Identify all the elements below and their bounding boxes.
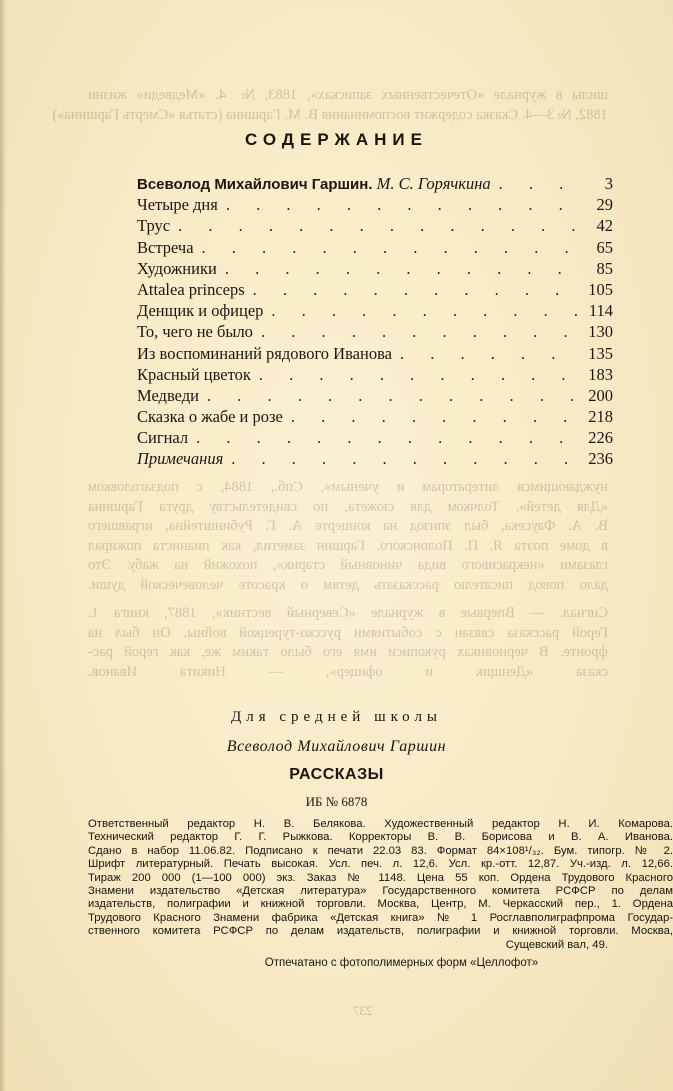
dot-leader [223,448,577,469]
imprint-line: Сдано в набор 11.06.82. Подписано к печа… [88,845,673,858]
toc-entry-page: 85 [577,258,613,279]
toc-entry-title: Из воспоминаний рядового Иванова [137,343,392,364]
toc-entry[interactable]: Встреча 65 [137,237,613,258]
toc-entry-title: Attalea princeps [137,279,245,300]
bleed-through-top: шилы в журнале «Отечественных записках»,… [88,86,608,125]
toc-entry-page: 226 [577,427,613,448]
ib-number: ИБ № 6878 [0,794,673,810]
toc-entry-page: 42 [577,215,613,236]
toc-entry-page: 135 [577,343,613,364]
dot-leader [491,173,577,194]
imprint-line: Ответственный редактор Н. В. Белякова. Х… [88,818,673,831]
toc-entry-page: 65 [577,237,613,258]
dot-leader [251,364,577,385]
bleed-line: в доме поэта Я. П. Полонского. Гаршин за… [88,537,608,557]
bleed-line: Герой рассказа связан с событиями русско… [88,624,608,644]
dot-leader [170,215,577,236]
bleed-through-middle: нуждающимся литераторам и ученым», Спб.,… [88,478,608,595]
dot-leader [188,427,577,448]
table-of-contents: Всеволод Михайлович Гаршин. М. С. Горячк… [137,173,613,470]
toc-entry-title: Встреча [137,237,194,258]
imprint-line: Знамени издательство «Детская литература… [88,885,673,898]
toc-entry-title: Примечания [137,448,223,469]
imprint-line: ственного комитета РСФСР по делам издате… [88,925,673,938]
toc-entry[interactable]: Из воспоминаний рядового Иванова 135 [137,343,613,364]
bleed-line: Сигнал. — Впервые в журнале «Северный ве… [88,604,608,624]
series-label: Для средней школы [0,709,673,726]
bleed-line: шилы в журнале «Отечественных записках»,… [88,86,608,106]
toc-entry[interactable]: Всеволод Михайлович Гаршин. М. С. Горячк… [137,173,613,194]
imprint-line: Сущевский вал, 49. [88,939,608,952]
toc-entry[interactable]: Художники 85 [137,258,613,279]
toc-entry-title: Трус [137,215,170,236]
bleed-line: фронте. В черновиках рукописи имя его бы… [88,643,608,663]
dot-leader [283,406,577,427]
toc-entry-page: 183 [577,364,613,385]
toc-entry-page: 218 [577,406,613,427]
toc-entry-page: 105 [577,279,613,300]
book-author: Всеволод Михайлович Гаршин [0,738,673,756]
bleed-through-lower: Сигнал. — Впервые в журнале «Северный ве… [88,604,608,682]
toc-entry-title: Четыре дня [137,194,218,215]
toc-entry-title: Художники [137,258,217,279]
imprint-line: Трудового Красного Знамени фабрика «Детс… [88,912,673,925]
toc-entry[interactable]: Сигнал 226 [137,427,613,448]
toc-entry-title: То, чего не было [137,321,253,342]
toc-entry-page: 200 [577,385,613,406]
dot-leader [218,194,577,215]
dot-leader [263,300,577,321]
toc-entry-page: 236 [577,448,613,469]
toc-entry-page: 29 [577,194,613,215]
toc-entry-title: Сигнал [137,427,188,448]
toc-entry-title: Всеволод Михайлович Гаршин. М. С. Горячк… [137,173,491,195]
toc-entry-page: 3 [577,173,613,194]
toc-entry[interactable]: Медведи 200 [137,385,613,406]
toc-entry-title: Сказка о жабе и розе [137,406,283,427]
toc-entry[interactable]: Красный цветок 183 [137,364,613,385]
dot-leader [245,279,577,300]
dot-leader [217,258,577,279]
toc-entry[interactable]: Сказка о жабе и розе 218 [137,406,613,427]
dot-leader [392,343,577,364]
toc-entry[interactable]: Денщик и офицер 114 [137,300,613,321]
toc-entry[interactable]: Трус 42 [137,215,613,236]
imprint-block: Ответственный редактор Н. В. Белякова. Х… [88,818,673,952]
toc-entry-title-italic: М. С. Горячкина [377,174,491,193]
bleed-line: глазами «некрасивого вида чиновный стари… [88,556,608,576]
printing-note: Отпечатано с фотополимерных форм «Целлоф… [0,957,673,969]
dot-leader [199,385,577,406]
dot-leader [253,321,577,342]
toc-entry[interactable]: Примечания 236 [137,448,613,469]
imprint-line: Шрифт литературный. Печать высокая. Усл.… [88,858,673,871]
toc-entry-page: 130 [577,321,613,342]
bleed-line: «Для детей». Толчком для сюжета, по свид… [88,498,608,518]
bleed-line: 1882, № 3—4. Сказка содержит воспоминани… [88,106,608,126]
bleed-line: сказа «Денщик и офицер», — Никита Иванов… [88,663,608,683]
toc-entry[interactable]: То, чего не было 130 [137,321,613,342]
imprint-line: Тираж 200 000 (1—100 000) экз. Заказ № 1… [88,872,673,885]
bleed-line: нуждающимся литераторам и ученым», Спб.,… [88,478,608,498]
toc-entry-title-bold: Всеволод Михайлович Гаршин. [137,176,373,193]
toc-entry-title: Медведи [137,385,199,406]
toc-entry[interactable]: Четыре дня 29 [137,194,613,215]
book-title: РАССКАЗЫ [0,766,673,784]
bleed-line: дало повод писателю рассказать детям о к… [88,576,608,596]
bleed-page-number: 237 [353,1003,373,1019]
imprint-line: издательств, полиграфии и книжной торгов… [88,898,673,911]
toc-entry-page: 114 [577,300,613,321]
toc-entry[interactable]: Attalea princeps 105 [137,279,613,300]
bleed-line: В. А. Фаусека, был эпизод на концерте А.… [88,517,608,537]
dot-leader [194,237,577,258]
toc-entry-title: Красный цветок [137,364,251,385]
imprint-line: Технический редактор Г. Г. Рыжкова. Корр… [88,831,673,844]
toc-entry-title: Денщик и офицер [137,300,263,321]
page-edge-shadow [0,0,6,1091]
contents-heading: СОДЕРЖАНИЕ [0,130,673,150]
